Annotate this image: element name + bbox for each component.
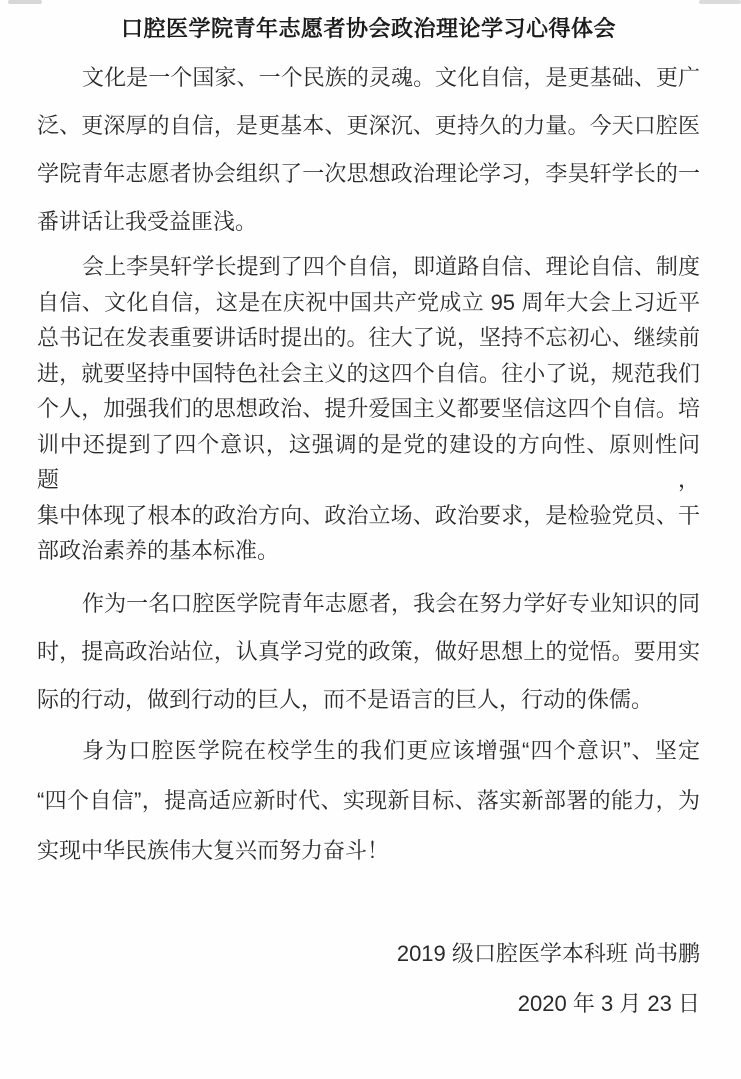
para-4: 身为口腔医学院在校学生的我们更应该增强“四个意识”、坚定“四个自信”，提高适应新…: [37, 726, 700, 876]
text-line: 身为口腔医学院在校学生的我们更应该增强“四个意识”、坚定: [37, 726, 700, 776]
document-title: 口腔医学院青年志愿者协会政治理论学习心得体会: [37, 14, 700, 44]
screen-edge-artifact-right: [699, 0, 741, 4]
signature-author-line: 2019 级口腔医学本科班 尚书鹏: [37, 929, 700, 979]
text-line: 番讲话让我受益匪浅。: [37, 198, 700, 246]
para-1: 文化是一个国家、一个民族的灵魂。文化自信，是更基础、更广泛、更深厚的自信，是更基…: [37, 54, 700, 246]
text-line: 进，就要坚持中国特色社会主义的这四个自信。往小了说，规范我们: [37, 356, 700, 392]
text-line: 部政治素养的基本标准。: [37, 533, 700, 569]
text-line: 时，提高政治站位，认真学习党的政策，做好思想上的觉悟。要用实: [37, 628, 700, 676]
text-line: 会上李昊轩学长提到了四个自信，即道路自信、理论自信、制度: [37, 249, 700, 285]
text-line: 泛、更深厚的自信，是更基本、更深沉、更持久的力量。今天口腔医: [37, 102, 700, 150]
signature-block: 2019 级口腔医学本科班 尚书鹏 2020 年 3 月 23 日: [37, 929, 700, 1029]
text-line: 自信、文化自信，这是在庆祝中国共产党成立 95 周年大会上习近平: [37, 285, 700, 321]
text-line: 总书记在发表重要讲话时提出的。往大了说，坚持不忘初心、继续前: [37, 320, 700, 356]
para-2: 会上李昊轩学长提到了四个自信，即道路自信、理论自信、制度自信、文化自信，这是在庆…: [37, 249, 700, 569]
document-page: 口腔医学院青年志愿者协会政治理论学习心得体会 文化是一个国家、一个民族的灵魂。文…: [0, 0, 741, 1079]
document-body: 口腔医学院青年志愿者协会政治理论学习心得体会 文化是一个国家、一个民族的灵魂。文…: [37, 0, 700, 1029]
text-line: “四个自信”，提高适应新时代、实现新目标、落实新部署的能力，为: [37, 776, 700, 826]
text-line: 实现中华民族伟大复兴而努力奋斗！: [37, 826, 700, 876]
text-line: 作为一名口腔医学院青年志愿者，我会在努力学好专业知识的同: [37, 580, 700, 628]
text-line: 集中体现了根本的政治方向、政治立场、政治要求，是检验党员、干: [37, 498, 700, 534]
text-line: 训中还提到了四个意识，这强调的是党的建设的方向性、原则性问题，: [37, 427, 700, 498]
signature-date-line: 2020 年 3 月 23 日: [37, 979, 700, 1029]
text-line: 文化是一个国家、一个民族的灵魂。文化自信，是更基础、更广: [37, 54, 700, 102]
para-3: 作为一名口腔医学院青年志愿者，我会在努力学好专业知识的同时，提高政治站位，认真学…: [37, 580, 700, 724]
text-line: 际的行动，做到行动的巨人，而不是语言的巨人，行动的侏儒。: [37, 676, 700, 724]
text-line: 个人，加强我们的思想政治、提升爱国主义都要坚信这四个自信。培: [37, 391, 700, 427]
text-line: 学院青年志愿者协会组织了一次思想政治理论学习，李昊轩学长的一: [37, 150, 700, 198]
document-paragraphs: 文化是一个国家、一个民族的灵魂。文化自信，是更基础、更广泛、更深厚的自信，是更基…: [37, 54, 700, 876]
